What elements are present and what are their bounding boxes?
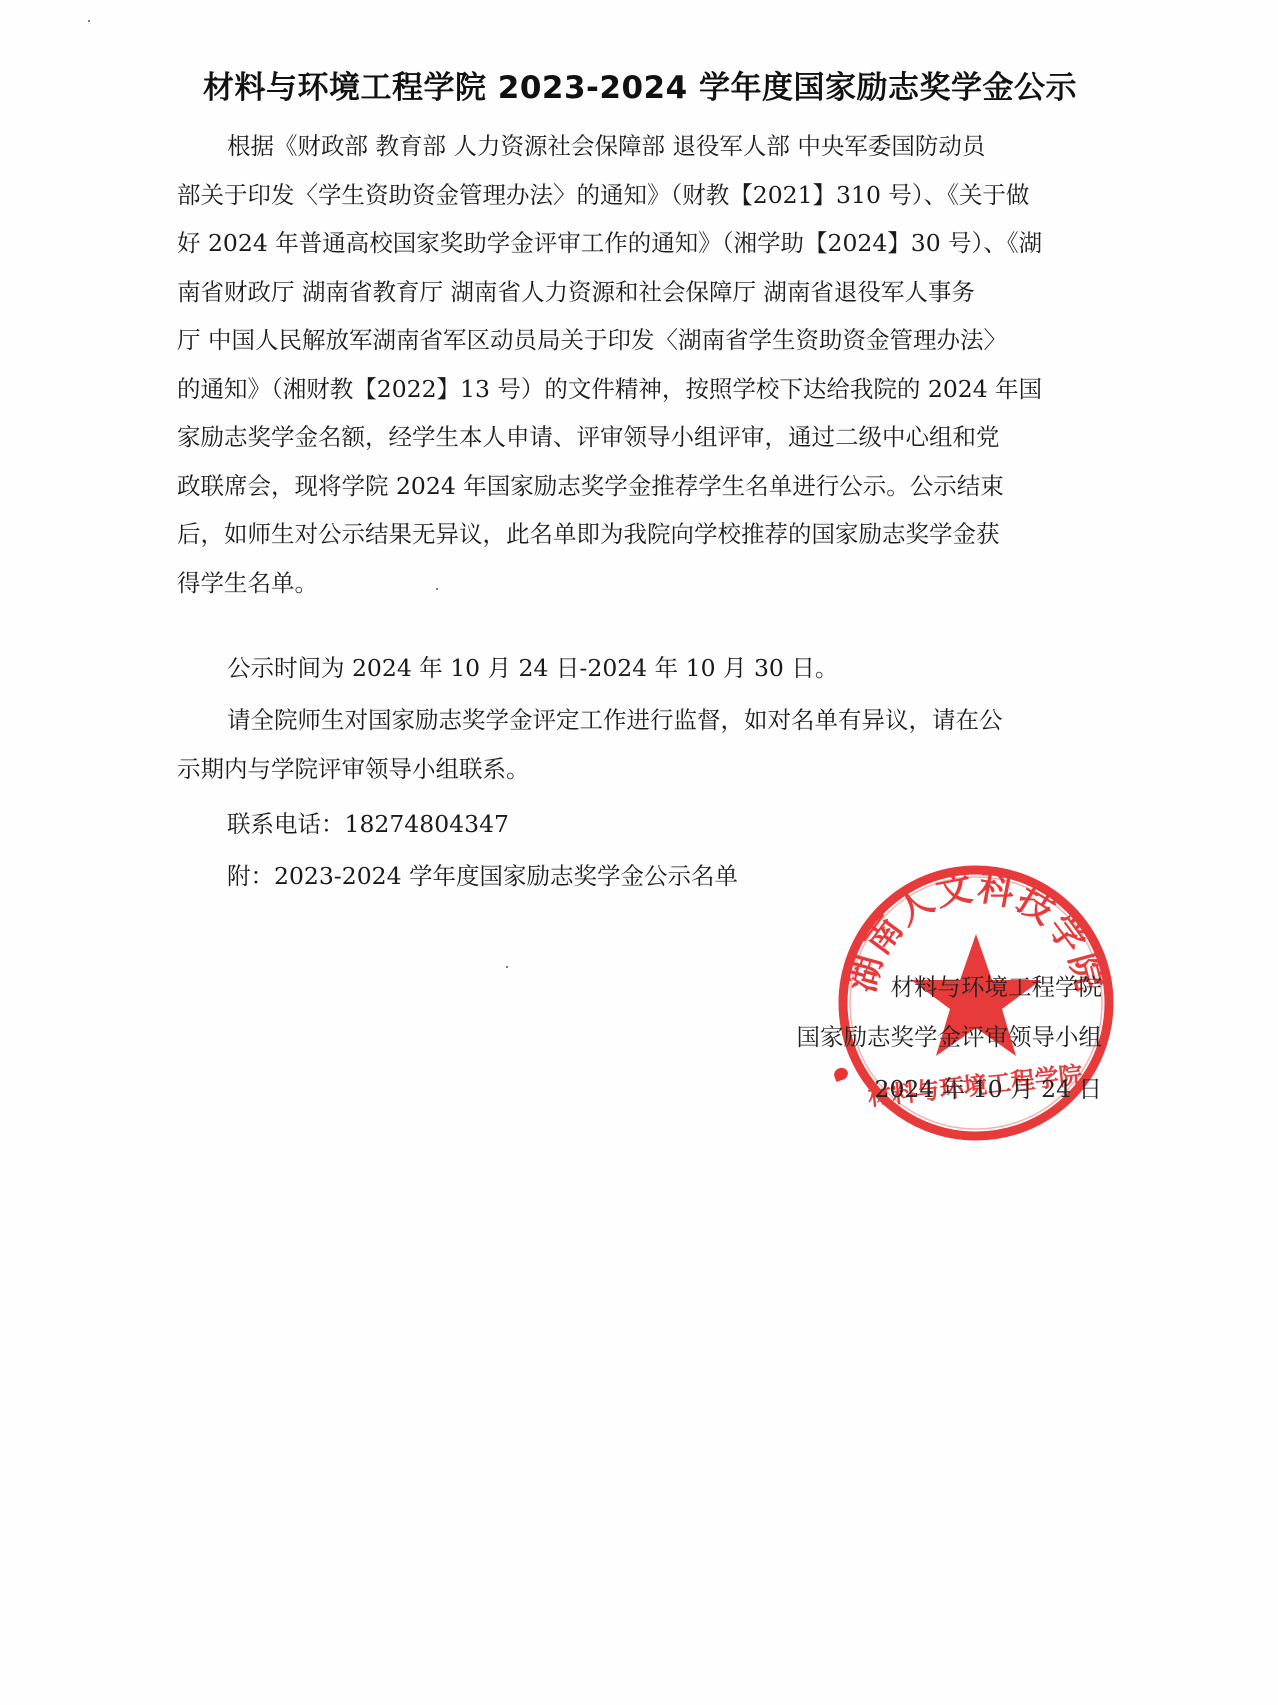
attachment-label: 附： [227, 862, 274, 890]
attachment: 附：2023-2024 学年度国家励志奖学金公示名单 [177, 852, 1107, 901]
body-line: 家励志奖学金名额，经学生本人申请、评审领导小组评审，通过二级中心组和党 [177, 413, 1107, 462]
body-line: 的通知》（湘财教【2022】13 号）的文件精神，按照学校下达给我院的 2024… [177, 365, 1107, 414]
contact: 联系电话：18274804347 [177, 800, 1107, 849]
attachment-text: 2023-2024 学年度国家励志奖学金公示名单 [274, 862, 738, 890]
body-line: 根据《财政部 教育部 人力资源社会保障部 退役军人部 中央军委国防动员 [177, 122, 1107, 171]
supervision-paragraph: 请全院师生对国家励志奖学金评定工作进行监督，如对名单有异议，请在公 示期内与学院… [177, 696, 1107, 793]
contact-phone: 18274804347 [345, 810, 509, 838]
body-line: 部关于印发〈学生资助资金管理办法〉的通知》（财教【2021】310 号）、《关于… [177, 171, 1107, 220]
document-title: 材料与环境工程学院 2023-2024 学年度国家励志奖学金公示 [150, 62, 1130, 107]
supervision-line: 请全院师生对国家励志奖学金评定工作进行监督，如对名单有异议，请在公 [177, 696, 1107, 745]
contact-line: 联系电话：18274804347 [177, 800, 1107, 849]
signature-group: 国家励志奖学金评审领导小组 [797, 1018, 1103, 1052]
supervision-line: 示期内与学院评审领导小组联系。 [177, 745, 1107, 794]
contact-label: 联系电话： [227, 810, 345, 838]
scan-speck [88, 20, 90, 22]
seal-ink-blot [832, 1066, 849, 1082]
publicity-period: 公示时间为 2024 年 10 月 24 日-2024 年 10 月 30 日。 [177, 644, 1107, 693]
attachment-line: 附：2023-2024 学年度国家励志奖学金公示名单 [177, 852, 1107, 901]
body-line: 好 2024 年普通高校国家奖助学金评审工作的通知》（湘学助【2024】30 号… [177, 219, 1107, 268]
body-line: 得学生名单。 [177, 559, 1107, 608]
body-line: 厅 中国人民解放军湖南省军区动员局关于印发〈湖南省学生资助资金管理办法〉 [177, 316, 1107, 365]
body-paragraph: 根据《财政部 教育部 人力资源社会保障部 退役军人部 中央军委国防动员 部关于印… [177, 122, 1107, 607]
body-line: 政联席会，现将学院 2024 年国家励志奖学金推荐学生名单进行公示。公示结束 [177, 462, 1107, 511]
signature-org: 材料与环境工程学院 [891, 968, 1103, 1002]
body-line: 后，如师生对公示结果无异议，此名单即为我院向学校推荐的国家励志奖学金获 [177, 510, 1107, 559]
document-page: 材料与环境工程学院 2023-2024 学年度国家励志奖学金公示 根据《财政部 … [0, 0, 1278, 1705]
body-line: 南省财政厅 湖南省教育厅 湖南省人力资源和社会保障厅 湖南省退役军人事务 [177, 268, 1107, 317]
signature-date: 2024 年 10 月 24 日 [875, 1070, 1102, 1104]
scan-speck [506, 966, 508, 968]
publicity-period-text: 公示时间为 2024 年 10 月 24 日-2024 年 10 月 30 日。 [177, 644, 1107, 693]
